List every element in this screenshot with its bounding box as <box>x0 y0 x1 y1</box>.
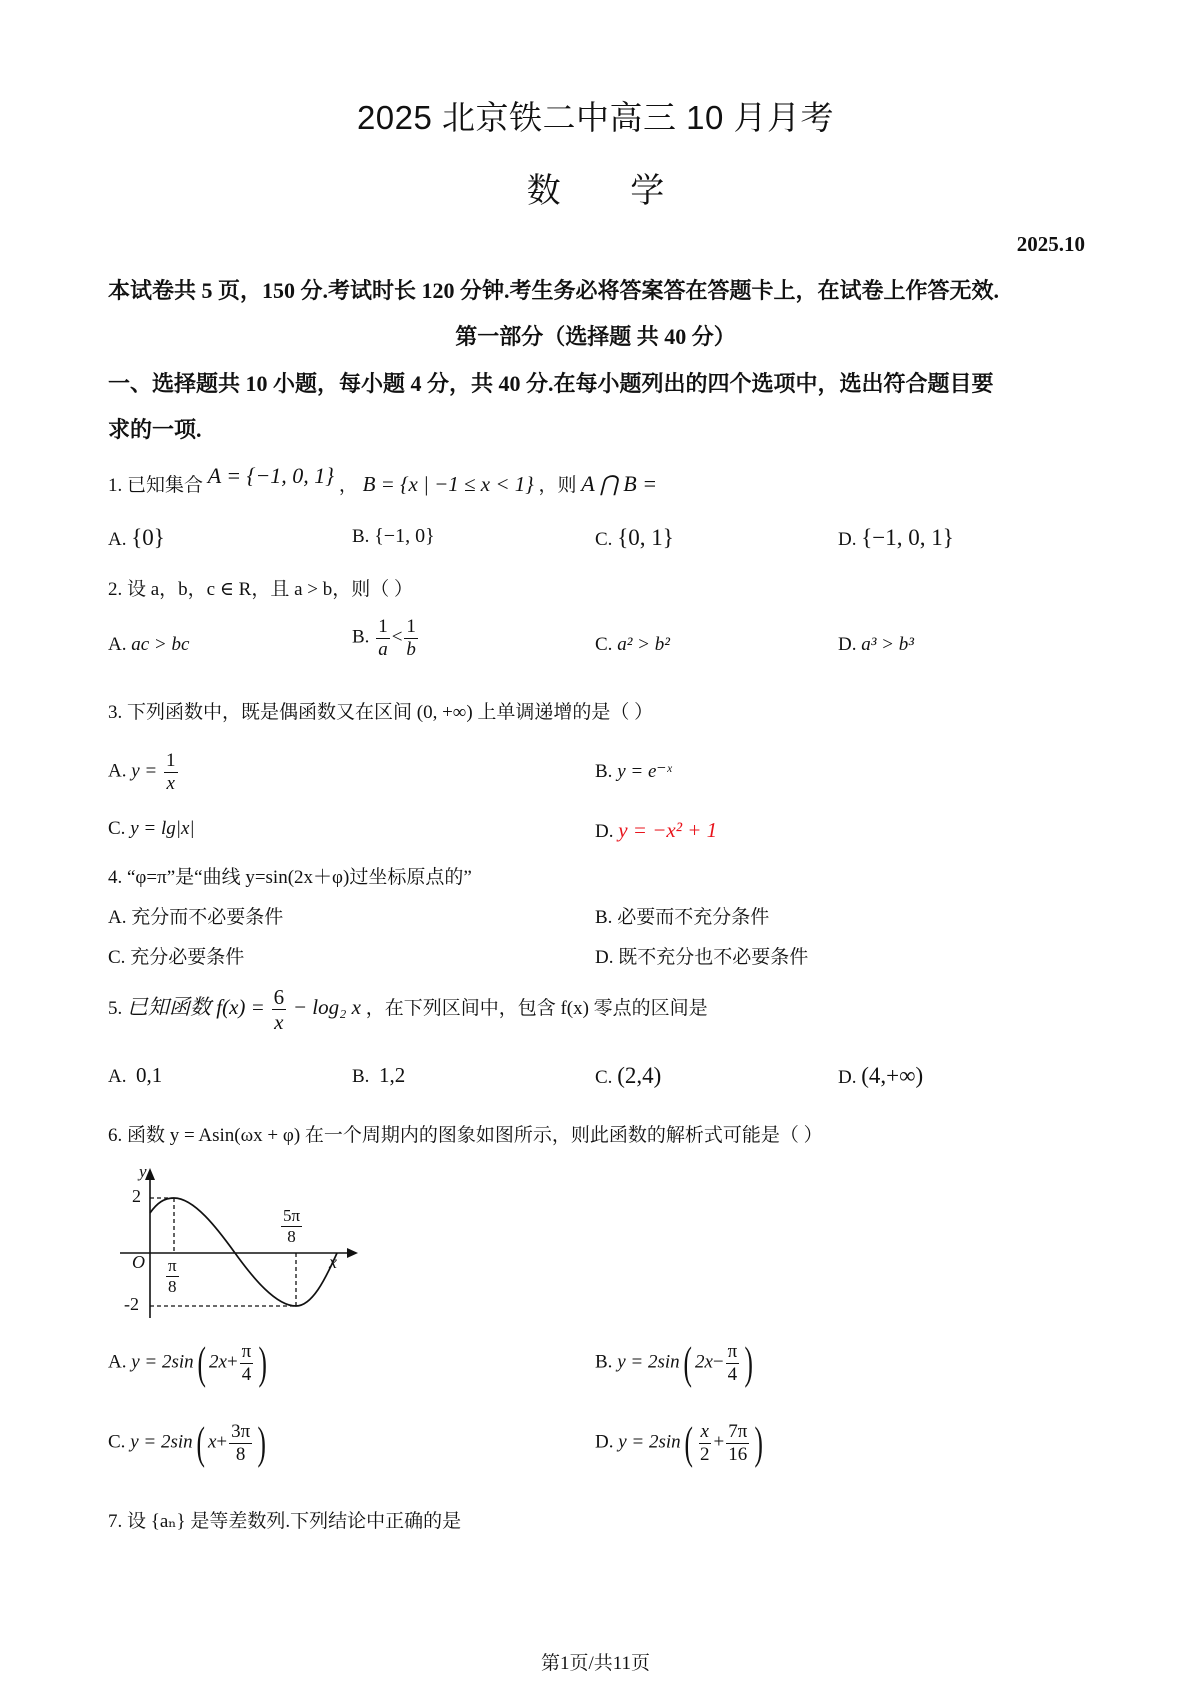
q6-option-d[interactable]: D. y = 2sin(x2+7π16) <box>595 1420 767 1466</box>
separator: ，则 <box>538 475 576 496</box>
y-min-label: -2 <box>124 1294 139 1315</box>
fraction: 1b <box>404 616 418 661</box>
option-label: B. <box>352 1066 369 1087</box>
exam-date: 2025.10 <box>1017 232 1085 257</box>
operator: + <box>227 1351 238 1372</box>
q6-option-b[interactable]: B. y = 2sin(2x−π4) <box>595 1340 757 1386</box>
paren-open: ( <box>197 1340 205 1386</box>
option-text: 0,1 <box>136 1063 162 1087</box>
denominator: 4 <box>240 1364 254 1386</box>
operator: + <box>714 1431 725 1452</box>
question-4: 4. “φ=π”是“曲线 y=sin(2x＋φ)过坐标原点的” <box>108 862 472 889</box>
operator: < <box>392 627 403 648</box>
q4-option-d[interactable]: D. 既不充分也不必要条件 <box>595 942 808 969</box>
q4-option-a[interactable]: A. 充分而不必要条件 <box>108 902 283 929</box>
part-title: 第一部分（选择题 共 40 分） <box>0 320 1191 351</box>
q2-option-d[interactable]: D. a³ > b³ <box>838 634 914 656</box>
denominator: x <box>272 1010 285 1034</box>
option-label: D. <box>595 947 613 968</box>
numerator: π <box>726 1341 740 1364</box>
option-text: (2,4) <box>617 1063 661 1088</box>
q6-option-a[interactable]: A. y = 2sin(2x+π4) <box>108 1340 271 1386</box>
question-stem: ，在下列区间中，包含 f(x) 零点的区间是 <box>366 998 708 1019</box>
option-text: {0} <box>131 525 165 550</box>
intersection-expression: A ⋂ B = <box>581 471 657 496</box>
term: 2x <box>695 1351 713 1372</box>
q1-option-c[interactable]: C. {0, 1} <box>595 525 674 551</box>
separator: ， <box>339 475 358 496</box>
section-intro-line1: 一、选择题共 10 小题，每小题 4 分，共 40 分.在每小题列出的四个选项中… <box>108 367 994 398</box>
numerator: 3π <box>229 1421 252 1444</box>
option-text: 充分而不必要条件 <box>131 907 283 928</box>
q4-option-b[interactable]: B. 必要而不充分条件 <box>595 902 769 929</box>
fraction: 1x <box>164 750 178 795</box>
option-label: A. <box>108 529 126 550</box>
option-prefix: y = 2sin <box>618 1431 680 1452</box>
page-number: 第1页/共11页 <box>0 1648 1191 1675</box>
question-7: 7. 设 {aₙ} 是等差数列.下列结论中正确的是 <box>108 1506 461 1533</box>
question-number: 6. <box>108 1125 122 1146</box>
numerator: 6 <box>272 985 287 1010</box>
option-label: D. <box>838 634 856 655</box>
option-text: ac > bc <box>131 634 189 655</box>
question-number: 7. <box>108 1511 122 1532</box>
option-text: (4,+∞) <box>861 1063 923 1088</box>
question-stem: 下列函数中，既是偶函数又在区间 (0, +∞) 上单调递增的是（ ） <box>127 702 653 723</box>
option-label: A. <box>108 634 126 655</box>
operator: + <box>216 1431 227 1452</box>
option-text-highlighted: y = −x² + 1 <box>618 818 717 842</box>
q1-option-a[interactable]: A. {0} <box>108 525 165 551</box>
question-stem: 设 a，b，c ∈ R，且 a > b，则（ ） <box>127 579 413 600</box>
option-text: a² > b² <box>617 634 670 655</box>
question-number: 2. <box>108 579 122 600</box>
term: 2x <box>209 1351 227 1372</box>
question-1: 1. 已知集合 A = {−1, 0, 1} ， B = {x | −1 ≤ x… <box>108 470 657 497</box>
q5-option-a[interactable]: A. 0,1 <box>108 1063 162 1088</box>
function-definition: 已知函数 f(x) = <box>127 995 265 1019</box>
numerator: 7π <box>726 1421 749 1444</box>
y-max-label: 2 <box>132 1186 141 1207</box>
q5-option-c[interactable]: C. (2,4) <box>595 1063 661 1089</box>
sine-graph: y x O 2 -2 π8 5π8 <box>112 1168 362 1328</box>
q2-option-b[interactable]: B. 1a<1b <box>352 616 420 661</box>
fraction: 1a <box>376 616 390 661</box>
numerator: 1 <box>404 616 418 639</box>
option-label: B. <box>595 1351 612 1372</box>
option-text: {0, 1} <box>617 525 674 550</box>
option-label: A. <box>108 761 126 782</box>
fraction: π4 <box>726 1341 740 1386</box>
sine-curve-plot <box>112 1168 362 1328</box>
question-number: 5. <box>108 998 122 1019</box>
fraction: π4 <box>240 1341 254 1386</box>
option-prefix: y = 2sin <box>617 1351 679 1372</box>
option-label: D. <box>838 1067 856 1088</box>
option-prefix: y = 2sin <box>130 1431 192 1452</box>
paren-close: ) <box>755 1420 763 1466</box>
q3-option-c[interactable]: C. y = lg|x| <box>108 818 195 840</box>
q3-option-b[interactable]: B. y = e⁻ˣ <box>595 760 672 783</box>
numerator: 5π <box>281 1206 302 1227</box>
paren-open: ( <box>683 1340 691 1386</box>
question-number: 4. <box>108 867 122 888</box>
q5-option-b[interactable]: B. 1,2 <box>352 1063 405 1088</box>
option-text: y = e⁻ˣ <box>617 761 672 782</box>
option-text: 充分必要条件 <box>130 947 244 968</box>
option-text: 1,2 <box>379 1063 405 1087</box>
q2-option-c[interactable]: C. a² > b² <box>595 634 670 656</box>
option-label: C. <box>108 947 125 968</box>
q6-option-c[interactable]: C. y = 2sin(x+3π8) <box>108 1420 270 1466</box>
paren-open: ( <box>196 1420 204 1466</box>
operator: − <box>713 1351 724 1372</box>
option-label: D. <box>595 821 613 842</box>
option-label: C. <box>108 818 125 839</box>
option-label: A. <box>108 1351 126 1372</box>
y-axis-label: y <box>139 1162 147 1182</box>
paren-close: ) <box>258 1420 266 1466</box>
log-term: − log₂ x <box>293 995 361 1019</box>
denominator: x <box>165 773 177 795</box>
origin-label: O <box>132 1252 145 1273</box>
q3-option-a[interactable]: A. y = 1x <box>108 750 180 795</box>
denominator: 16 <box>726 1444 749 1466</box>
option-text: y = lg|x| <box>130 818 194 839</box>
q2-option-a[interactable]: A. ac > bc <box>108 634 189 656</box>
exam-title: 2025 北京铁二中高三 10 月月考 <box>0 92 1191 139</box>
question-number: 3. <box>108 702 122 723</box>
paren-open: ( <box>684 1420 692 1466</box>
option-label: B. <box>352 526 369 547</box>
fraction: 6x <box>272 985 287 1034</box>
tick-5pi-over-8: 5π8 <box>281 1206 302 1246</box>
option-label: B. <box>595 907 612 928</box>
section-intro-line2: 求的一项. <box>108 413 202 444</box>
subject-title: 数 学 <box>0 163 1191 212</box>
denominator: b <box>404 639 418 661</box>
numerator: 1 <box>164 750 178 773</box>
denominator: 2 <box>698 1444 712 1466</box>
option-label: C. <box>595 529 612 550</box>
question-stem: “φ=π”是“曲线 y=sin(2x＋φ)过坐标原点的” <box>127 867 472 888</box>
paren-close: ) <box>745 1340 753 1386</box>
option-prefix: y = 2sin <box>131 1351 193 1372</box>
paren-close: ) <box>259 1340 267 1386</box>
option-label: D. <box>838 529 856 550</box>
denominator: a <box>376 639 390 661</box>
denominator: 4 <box>726 1364 740 1386</box>
q3-option-d[interactable]: D. y = −x² + 1 <box>595 818 717 843</box>
numerator: x <box>699 1421 711 1444</box>
question-5: 5. 已知函数 f(x) = 6x − log₂ x ，在下列区间中，包含 f(… <box>108 985 708 1034</box>
option-label: A. <box>108 1066 126 1087</box>
question-stem: 函数 y = Asin(ωx + φ) 在一个周期内的图象如图所示，则此函数的解… <box>127 1125 823 1146</box>
option-prefix: y = <box>131 761 157 782</box>
question-6: 6. 函数 y = Asin(ωx + φ) 在一个周期内的图象如图所示，则此函… <box>108 1120 823 1147</box>
numerator: 1 <box>376 616 390 639</box>
denominator: 8 <box>234 1444 248 1466</box>
question-stem: 已知集合 <box>127 475 203 496</box>
option-label: B. <box>352 627 369 648</box>
option-label: C. <box>595 1067 612 1088</box>
q1-option-b[interactable]: B. {−1, 0} <box>352 525 435 548</box>
fraction: x2 <box>698 1421 712 1466</box>
fraction: 7π16 <box>726 1421 749 1466</box>
set-a: A = {−1, 0, 1} <box>208 463 334 488</box>
option-label: B. <box>595 761 612 782</box>
option-label: A. <box>108 907 126 928</box>
exam-instructions: 本试卷共 5 页，150 分.考试时长 120 分钟.考生务必将答案答在答题卡上… <box>108 274 999 305</box>
tick-pi-over-8: π8 <box>166 1256 179 1296</box>
set-b: B = {x | −1 ≤ x < 1} <box>363 472 534 496</box>
fraction: 3π8 <box>229 1421 252 1466</box>
q4-option-c[interactable]: C. 充分必要条件 <box>108 942 244 969</box>
option-text: {−1, 0, 1} <box>861 525 954 550</box>
option-label: C. <box>108 1431 125 1452</box>
x-axis-label: x <box>329 1252 337 1273</box>
option-text: 既不充分也不必要条件 <box>618 947 808 968</box>
option-label: C. <box>595 634 612 655</box>
option-text: 必要而不充分条件 <box>617 907 769 928</box>
denominator: 8 <box>285 1227 298 1247</box>
question-stem: 设 {aₙ} 是等差数列.下列结论中正确的是 <box>127 1511 461 1532</box>
q5-option-d[interactable]: D. (4,+∞) <box>838 1063 923 1089</box>
numerator: π <box>240 1341 254 1364</box>
option-text: a³ > b³ <box>861 634 914 655</box>
numerator: π <box>166 1256 179 1277</box>
option-label: D. <box>595 1431 613 1452</box>
denominator: 8 <box>166 1277 179 1297</box>
question-2: 2. 设 a，b，c ∈ R，且 a > b，则（ ） <box>108 574 413 601</box>
question-number: 1. <box>108 475 122 496</box>
option-text: {−1, 0} <box>374 525 434 547</box>
question-3: 3. 下列函数中，既是偶函数又在区间 (0, +∞) 上单调递增的是（ ） <box>108 697 653 724</box>
q1-option-d[interactable]: D. {−1, 0, 1} <box>838 525 954 551</box>
